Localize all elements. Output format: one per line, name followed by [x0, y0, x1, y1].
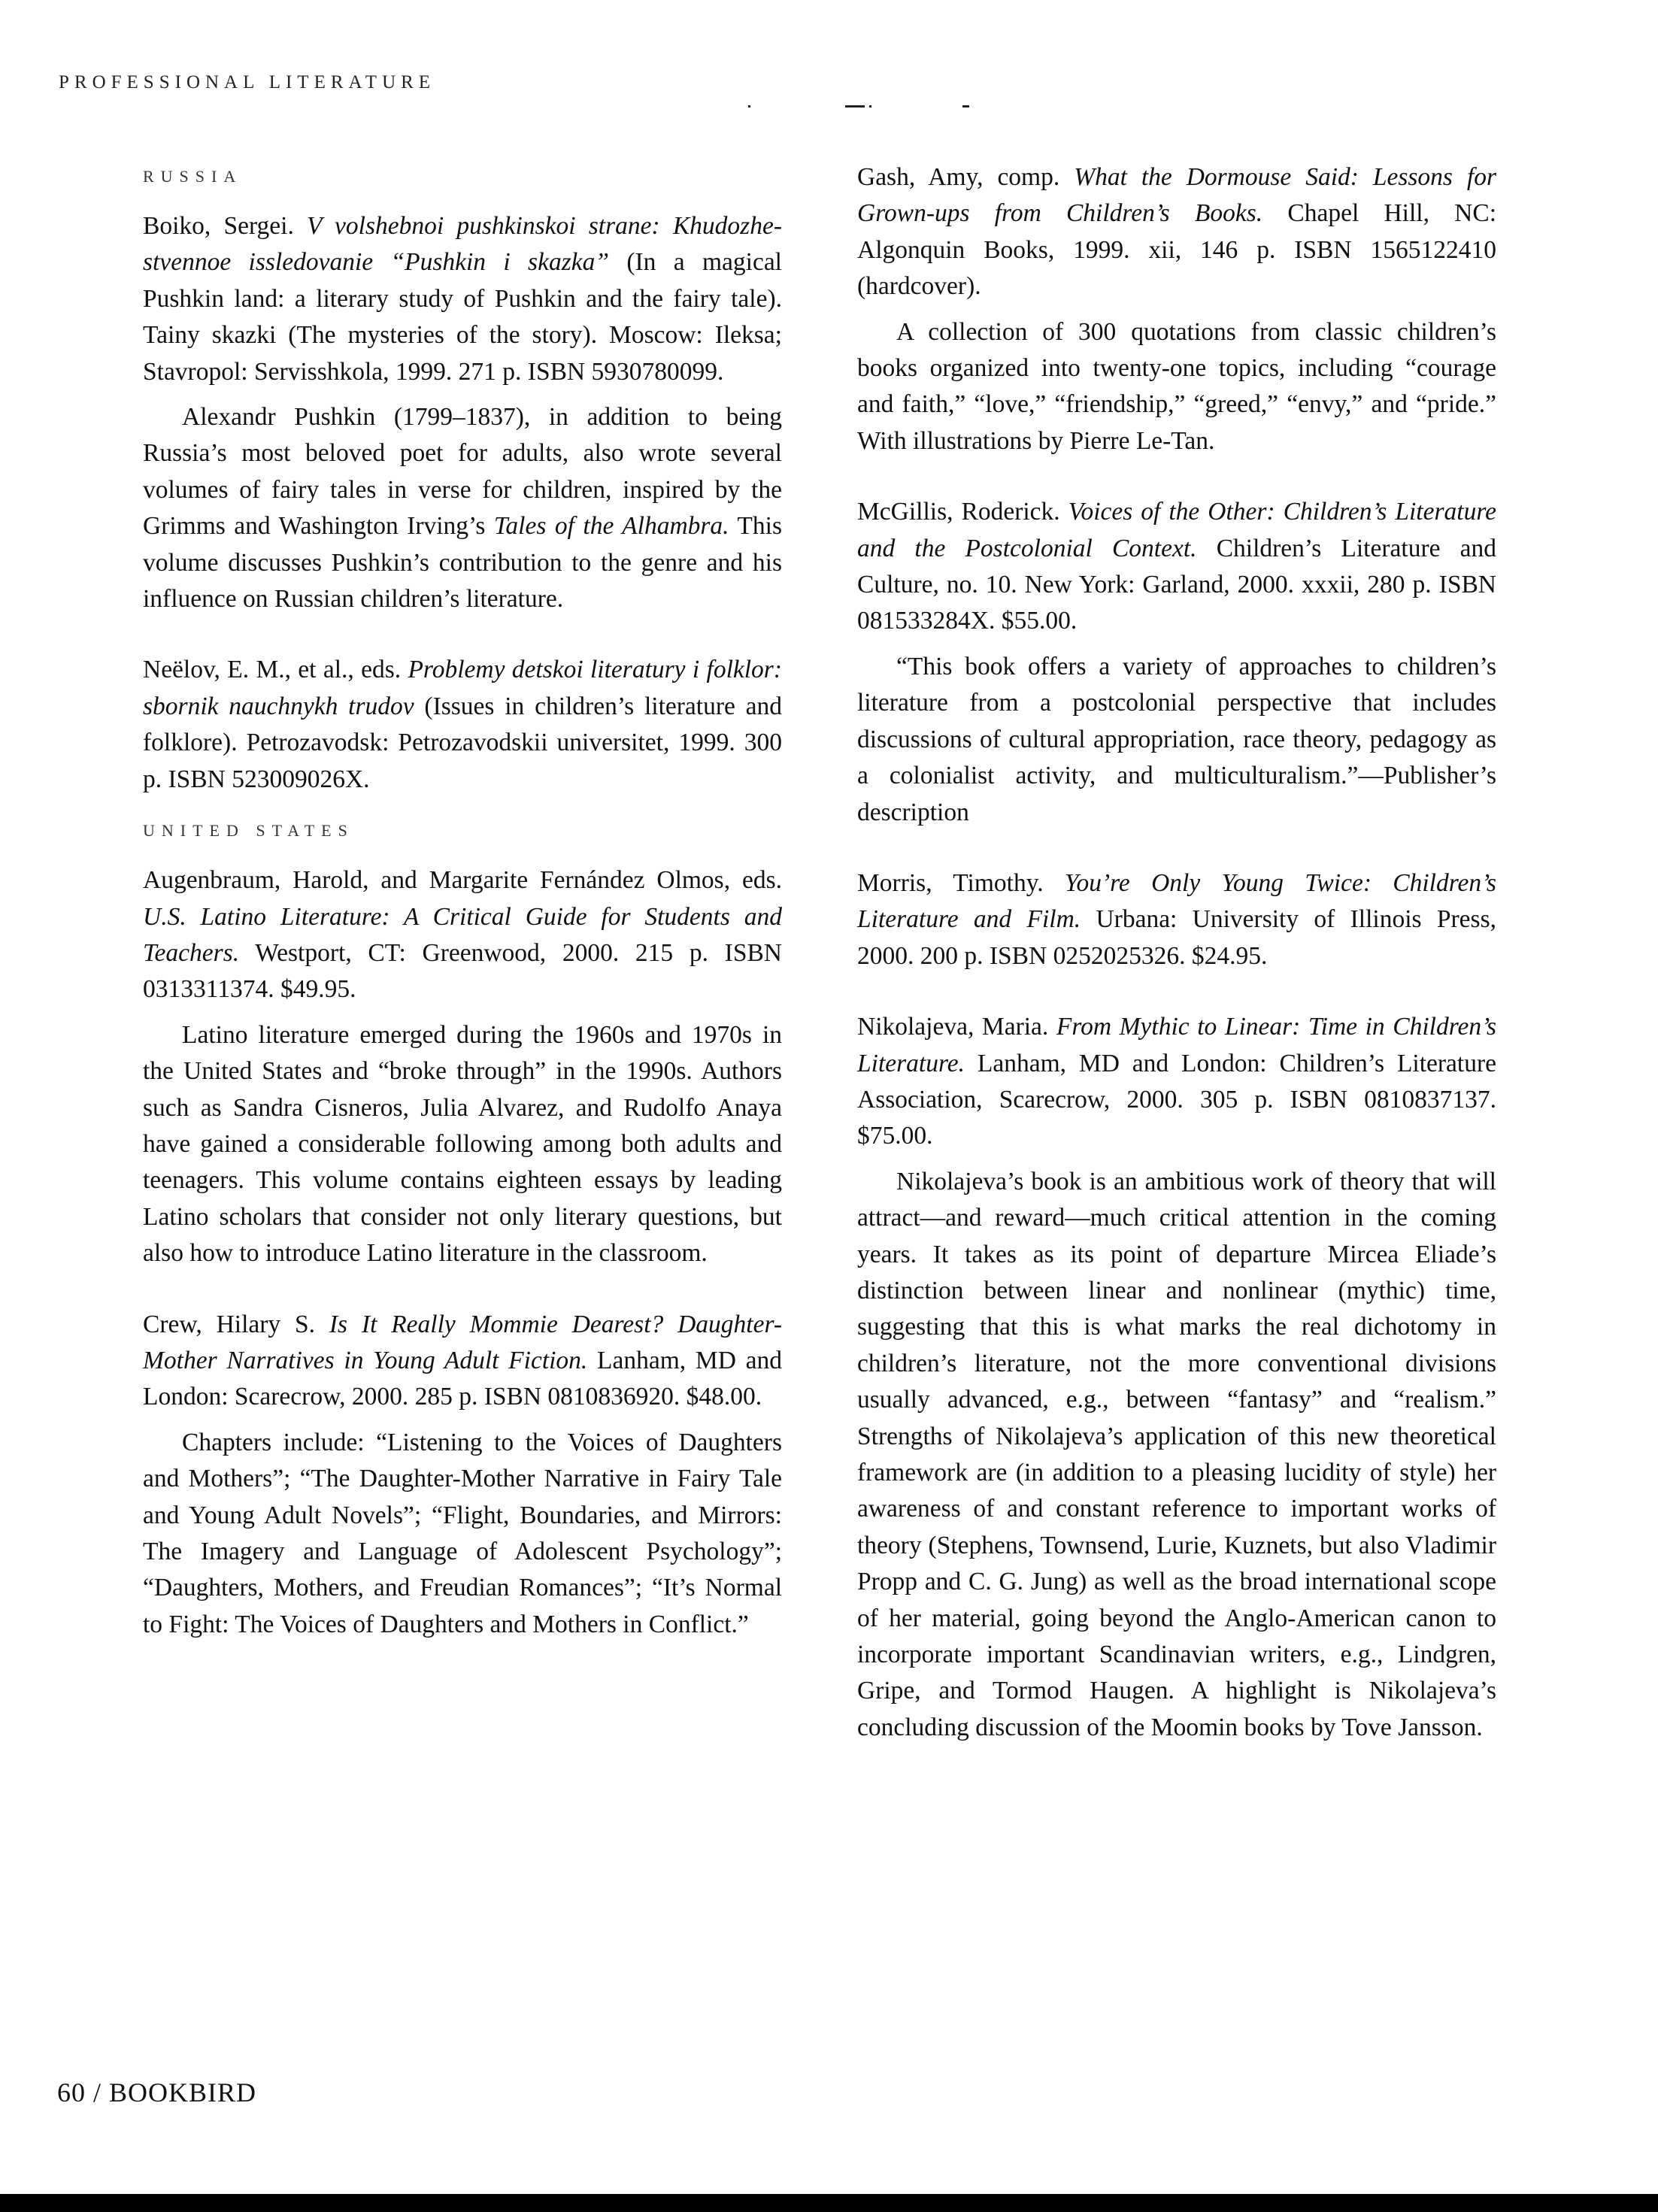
bib-entry-morris: Morris, Timothy. You’re Only Young Twice… [857, 865, 1496, 974]
left-column: RUSSIA Boiko, Sergei. V volshebnoi pushk… [143, 162, 782, 1643]
citation-author: Neëlov, E. M., et al., eds. [143, 656, 408, 683]
citation-author: McGillis, Roderick. [857, 498, 1068, 526]
citation: Augenbraum, Harold, and Margarite Fernán… [143, 862, 782, 1008]
scan-mark [845, 105, 865, 108]
scan-mark [869, 105, 871, 108]
bib-entry-neelov: Neëlov, E. M., et al., eds. Problemy det… [143, 652, 782, 798]
annotation: Alexandr Pushkin (1799–1837), in additio… [143, 399, 782, 617]
citation: Neëlov, E. M., et al., eds. Problemy det… [143, 652, 782, 798]
bib-entry-boiko: Boiko, Sergei. V volshebnoi pushkinskoi … [143, 208, 782, 617]
bib-entry-augenbraum: Augenbraum, Harold, and Margarite Fernán… [143, 862, 782, 1271]
section-heading-united-states: UNITED STATES [143, 816, 782, 846]
annotation: Latino literature emerged during the 196… [143, 1017, 782, 1272]
annotation: Nikolajeva’s book is an ambitious work o… [857, 1164, 1496, 1747]
annotation-title: Tales of the Alhambra. [494, 512, 729, 540]
annotation: “This book offers a variety of approache… [857, 649, 1496, 831]
page-folio: 60 / BOOKBIRD [57, 2077, 256, 2108]
citation: Crew, Hilary S. Is It Really Mommie Dear… [143, 1307, 782, 1416]
scan-mark [962, 105, 969, 108]
citation: Nikolajeva, Maria. From Mythic to Linear… [857, 1009, 1496, 1155]
bib-entry-mcgillis: McGillis, Roderick. Voices of the Other:… [857, 494, 1496, 831]
citation-author: Gash, Amy, comp. [857, 163, 1074, 191]
scan-mark [748, 105, 750, 108]
section-heading-russia: RUSSIA [143, 162, 782, 192]
citation-details: Westport, CT: Greenwood, 2000. 215 p. IS… [143, 939, 782, 1003]
citation-author: Nikolajeva, Maria. [857, 1013, 1056, 1041]
running-head: PROFESSIONAL LITERATURE [59, 72, 435, 93]
right-column: Gash, Amy, comp. What the Dormouse Said:… [857, 159, 1496, 1746]
bib-entry-crew: Crew, Hilary S. Is It Really Mommie Dear… [143, 1307, 782, 1644]
citation: McGillis, Roderick. Voices of the Other:… [857, 494, 1496, 640]
annotation: A collection of 300 quotations from clas… [857, 314, 1496, 460]
annotation: Chapters include: “Listening to the Voic… [143, 1425, 782, 1643]
citation-author: Augenbraum, Harold, and Margarite Fernán… [143, 866, 782, 894]
citation: Gash, Amy, comp. What the Dormouse Said:… [857, 159, 1496, 305]
scan-artifact-marks [0, 105, 1658, 108]
citation-author: Morris, Timothy. [857, 869, 1065, 897]
citation-author: Boiko, Sergei. [143, 212, 307, 240]
citation-author: Crew, Hilary S. [143, 1311, 329, 1338]
citation: Boiko, Sergei. V volshebnoi pushkinskoi … [143, 208, 782, 390]
citation: Morris, Timothy. You’re Only Young Twice… [857, 865, 1496, 974]
scan-bottom-edge [0, 2194, 1658, 2212]
bib-entry-nikolajeva: Nikolajeva, Maria. From Mythic to Linear… [857, 1009, 1496, 1746]
bib-entry-gash: Gash, Amy, comp. What the Dormouse Said:… [857, 159, 1496, 459]
